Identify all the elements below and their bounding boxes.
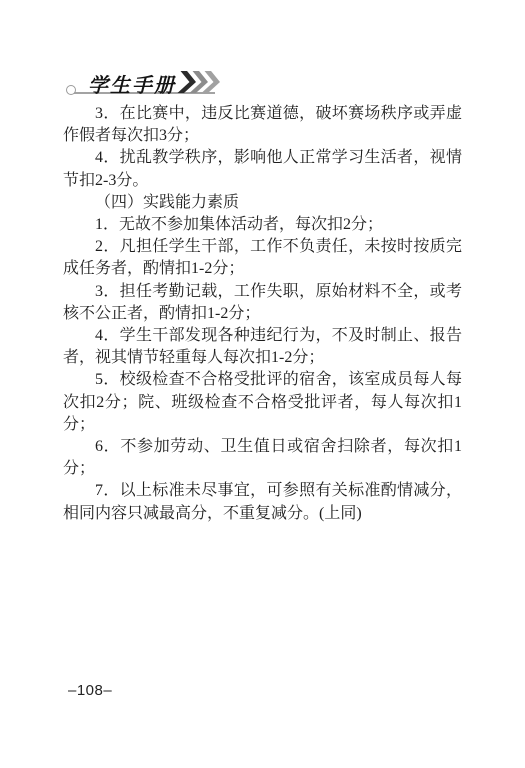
paragraph: 4．扰乱教学秩序，影响他人正常学习生活者，视情节扣2-3分。 (63, 147, 462, 191)
page-title: 学生手册 (88, 69, 176, 98)
paragraph: 3．在比赛中，违反比赛道德，破坏赛场秩序或弄虚作假者每次扣3分； (63, 103, 462, 147)
page-header: 学生手册 (63, 68, 463, 102)
paragraph: （四）实践能力素质 (63, 192, 462, 214)
circle-ornament (66, 85, 76, 95)
paragraph: 7．以上标准未尽事宜，可参照有关标准酌情减分，相同内容只减最高分，不重复减分。(… (63, 480, 462, 524)
page-number: –108– (68, 682, 112, 699)
paragraph: 3．担任考勤记载，工作失职，原始材料不全，或考核不公正者，酌情扣1-2分； (63, 281, 462, 325)
paragraph: 5．校级检查不合格受批评的宿舍，该室成员每人每次扣2分；院、班级检查不合格受批评… (63, 369, 462, 436)
paragraph: 4．学生干部发现各种违纪行为，不及时制止、报告者，视其情节轻重每人每次扣1-2分… (63, 325, 462, 369)
scanned-handbook-page: 学生手册 3．在比赛中，违反比赛道德，破坏赛场秩序或弄虚作假者每次扣3分；4．扰… (0, 0, 525, 768)
paragraph: 6．不参加劳动、卫生值日或宿舍扫除者，每次扣1分； (63, 436, 462, 480)
body-text: 3．在比赛中，违反比赛道德，破坏赛场秩序或弄虚作假者每次扣3分；4．扰乱教学秩序… (63, 103, 462, 525)
triple-chevron-right-icon (179, 70, 225, 94)
paragraph: 2．凡担任学生干部，工作不负责任，未按时按质完成任务者，酌情扣1-2分； (63, 236, 462, 280)
paragraph: 1．无故不参加集体活动者，每次扣2分； (63, 214, 462, 236)
